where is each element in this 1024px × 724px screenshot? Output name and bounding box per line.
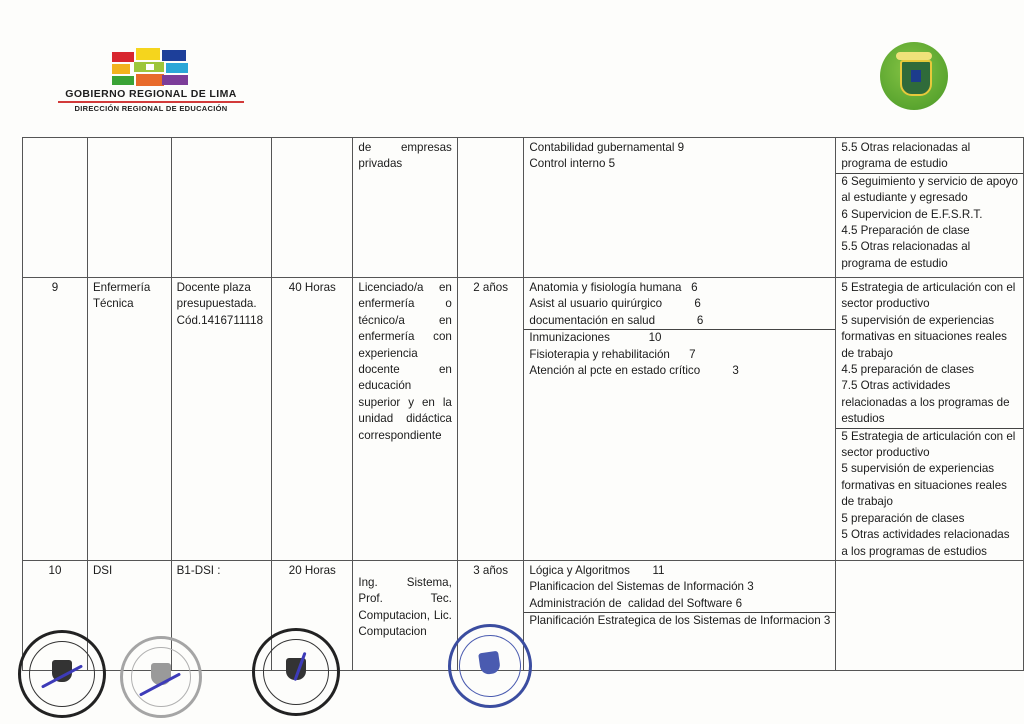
course-item: Planificación Estrategica de los Sistema…: [529, 613, 830, 629]
courses-group: Planificación Estrategica de los Sistema…: [524, 612, 835, 629]
experience: 2 años: [457, 278, 524, 561]
course-item: Control interno 5: [529, 156, 830, 172]
staffing-table: de empresas privadasContabilidad guberna…: [22, 137, 1024, 671]
gobierno-regional-logo: GOBIERNO REGIONAL DE LIMA DIRECCIÓN REGI…: [56, 44, 246, 114]
program-area: [87, 138, 171, 278]
institute-seal-stamp: [120, 636, 202, 718]
course-item: Inmunizaciones 10: [529, 330, 830, 346]
activity-item: 6 Supervicion de E.F.S.R.T.: [841, 207, 1018, 223]
courses-group: Anatomia y fisiología humana 6Asist al u…: [524, 280, 835, 329]
shield-icon: [900, 60, 932, 96]
course-item: Lógica y Algoritmos 11: [529, 563, 830, 579]
course-item: Administración de calidad del Software 6: [529, 596, 830, 612]
activities: 5.5 Otras relacionadas al programa de es…: [836, 138, 1024, 278]
activities-group: 5 Estrategia de articulación con el sect…: [836, 428, 1023, 560]
table-row: de empresas privadasContabilidad guberna…: [23, 138, 1024, 278]
plaza-type: Docente plaza presupuestada. Cód.1416711…: [171, 278, 272, 561]
row-number: 9: [23, 278, 88, 561]
activity-item: 5.5 Otras relacionadas al programa de es…: [841, 239, 1018, 272]
institute-crest-icon: [880, 42, 948, 110]
activity-item: 5 supervisión de experiencias formativas…: [841, 461, 1018, 510]
activities-group: 6 Seguimiento y servicio de apoyo al est…: [836, 173, 1023, 272]
activity-item: 5 preparación de clases: [841, 511, 1018, 527]
course-item: Planificacion del Sistemas de Informació…: [529, 579, 830, 595]
activity-item: 5 Estrategia de articulación con el sect…: [841, 429, 1018, 462]
activity-item: 7.5 Otras actividades relacionadas a los…: [841, 378, 1018, 427]
course-item: Asist al usuario quirúrgico 6: [529, 296, 830, 312]
courses-group: Inmunizaciones 10Fisioterapia y rehabili…: [524, 329, 835, 379]
institute-seal-stamp: [18, 630, 106, 718]
activities-group: 5 Estrategia de articulación con el sect…: [836, 280, 1023, 428]
course-item: Atención al pcte en estado crítico 3: [529, 363, 830, 379]
course-item: Contabilidad gubernamental 9: [529, 140, 830, 156]
activities-group: 5.5 Otras relacionadas al programa de es…: [836, 140, 1023, 173]
activity-item: 4.5 preparación de clases: [841, 362, 1018, 378]
hours: [272, 138, 353, 278]
courses: Contabilidad gubernamental 9Control inte…: [524, 138, 836, 278]
courses-group: Contabilidad gubernamental 9Control inte…: [524, 140, 835, 173]
courses-group: Lógica y Algoritmos 11Planificacion del …: [524, 563, 835, 612]
activities: [836, 560, 1024, 670]
activity-item: 5.5 Otras relacionadas al programa de es…: [841, 140, 1018, 173]
courses: Lógica y Algoritmos 11Planificacion del …: [524, 560, 836, 670]
program-area: Enfermería Técnica: [87, 278, 171, 561]
title-rule: [58, 101, 244, 103]
course-item: Fisioterapia y rehabilitación 7: [529, 347, 830, 363]
activity-item: 5 supervisión de experiencias formativas…: [841, 313, 1018, 362]
courses: Anatomia y fisiología humana 6Asist al u…: [524, 278, 836, 561]
course-item: Anatomia y fisiología humana 6: [529, 280, 830, 296]
experience: [457, 138, 524, 278]
profile-requirements: Licenciado/a en enfermería o técnico/a e…: [353, 278, 457, 561]
org-title: GOBIERNO REGIONAL DE LIMA: [56, 88, 246, 100]
plaza-type: [171, 138, 272, 278]
institute-seal-stamp: [252, 628, 340, 716]
row-number: [23, 138, 88, 278]
activity-item: 5 Estrategia de articulación con el sect…: [841, 280, 1018, 313]
activities: 5 Estrategia de articulación con el sect…: [836, 278, 1024, 561]
profile-requirements: de empresas privadas: [353, 138, 457, 278]
activity-item: 4.5 Preparación de clase: [841, 223, 1018, 239]
table-row: 9Enfermería TécnicaDocente plaza presupu…: [23, 278, 1024, 561]
activity-item: 5 Otras actividades relacionadas a los p…: [841, 527, 1018, 560]
regional-emblem-icon: [112, 48, 188, 88]
course-item: documentación en salud 6: [529, 313, 830, 329]
activity-item: 6 Seguimiento y servicio de apoyo al est…: [841, 174, 1018, 207]
profile-requirements: Ing. Sistema, Prof. Tec. Computacion, Li…: [353, 560, 457, 670]
crest-banner: [896, 52, 932, 60]
org-subtitle: DIRECCIÓN REGIONAL DE EDUCACIÓN: [56, 104, 246, 113]
hours: 40 Horas: [272, 278, 353, 561]
